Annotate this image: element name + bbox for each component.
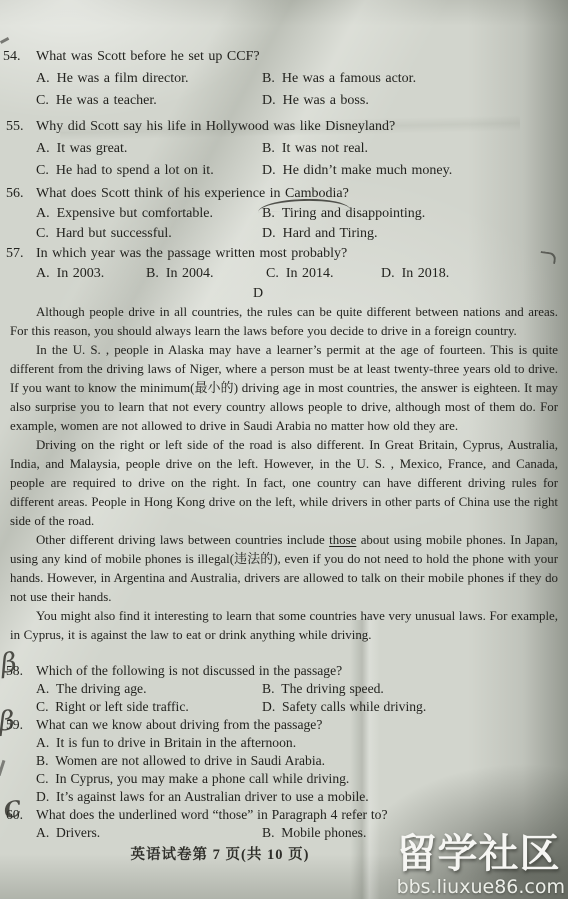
option-a: A. Drivers. — [36, 824, 262, 842]
option-b: B. In 2004. — [146, 264, 266, 284]
question-number: 57. — [6, 244, 24, 264]
option-b: B. Women are not allowed to drive in Sau… — [36, 752, 558, 770]
question-54: 54. What was Scott before he set up CCF?… — [10, 46, 558, 112]
option-a: A. It was great. — [36, 138, 262, 160]
pencil-stroke-left-edge — [0, 760, 5, 776]
question-number: 55. — [6, 116, 24, 138]
options: A. He was a film director. B. He was a f… — [10, 68, 558, 112]
option-c: C. In Cyprus, you may make a phone call … — [36, 770, 558, 788]
watermark-url: bbs.liuxue86.com — [397, 876, 565, 899]
reading-passage-d: D Although people drive in all countries… — [10, 284, 558, 645]
questions-54-57: 54. What was Scott before he set up CCF?… — [10, 46, 558, 284]
options: A. It was great. B. It was not real. C. … — [10, 138, 558, 182]
page-footer: 英语试卷第 7 页(共 10 页) — [0, 843, 440, 864]
passage-paragraph-2: In the U. S. , people in Alaska may have… — [10, 341, 558, 436]
option-a: A. The driving age. — [36, 680, 262, 698]
passage-section-label: D — [0, 284, 532, 303]
option-b: B. He was a famous actor. — [262, 68, 558, 90]
option-d: D. Hard and Tiring. — [262, 224, 558, 244]
question-text: Why did Scott say his life in Hollywood … — [10, 116, 558, 138]
question-text: Which of the following is not discussed … — [10, 662, 558, 680]
option-d: D. He was a boss. — [262, 90, 558, 112]
option-c: C. Right or left side traffic. — [36, 698, 262, 716]
option-a: A. In 2003. — [36, 264, 146, 284]
option-b: B. The driving speed. — [262, 680, 558, 698]
options: A. In 2003. B. In 2004. C. In 2014. D. I… — [10, 264, 558, 284]
question-58: 58. Which of the following is not discus… — [10, 662, 558, 716]
question-57: 57. In which year was the passage writte… — [10, 244, 558, 284]
passage-paragraph-3: Driving on the right or left side of the… — [10, 436, 558, 531]
pencil-letter-q59: β — [0, 705, 16, 737]
option-d: D. In 2018. — [381, 264, 558, 284]
pencil-stroke-top-left — [0, 37, 9, 43]
question-text: What was Scott before he set up CCF? — [10, 46, 558, 68]
option-a: A. It is fun to drive in Britain in the … — [36, 734, 558, 752]
question-text: What does the underlined word “those” in… — [10, 806, 558, 824]
question-text: What can we know about driving from the … — [10, 716, 558, 734]
passage-paragraph-5: You might also find it interesting to le… — [10, 607, 558, 645]
passage-paragraph-1: Although people drive in all countries, … — [10, 303, 558, 341]
question-56: 56. What does Scott think of his experie… — [10, 184, 558, 244]
question-text: In which year was the passage written mo… — [10, 244, 558, 264]
option-b: B. It was not real. — [262, 138, 558, 160]
options: A. The driving age. B. The driving speed… — [10, 680, 558, 716]
option-c: C. He was a teacher. — [36, 90, 262, 112]
exam-paper-page: 54. What was Scott before he set up CCF?… — [0, 0, 568, 899]
question-59: 59. What can we know about driving from … — [10, 716, 558, 806]
underlined-word-those: those — [329, 533, 356, 547]
option-d: D. He didn’t make much money. — [262, 160, 558, 182]
watermark-logo-text: 留学社区 — [397, 832, 565, 876]
passage-text-segment: Other different driving laws between cou… — [36, 533, 329, 547]
question-number: 56. — [6, 184, 24, 204]
option-d: D. Safety calls while driving. — [262, 698, 558, 716]
option-c: C. He had to spend a lot on it. — [36, 160, 262, 182]
options: A. It is fun to drive in Britain in the … — [10, 734, 558, 806]
questions-58-60: 58. Which of the following is not discus… — [10, 662, 558, 842]
option-a: A. He was a film director. — [36, 68, 262, 90]
option-c: C. In 2014. — [266, 264, 381, 284]
option-d: D. It’s against laws for an Australian d… — [36, 788, 558, 806]
option-c: C. Hard but successful. — [36, 224, 262, 244]
option-a: A. Expensive but comfortable. — [36, 204, 262, 224]
question-55: 55. Why did Scott say his life in Hollyw… — [10, 116, 558, 182]
pencil-letter-q60: C — [2, 796, 24, 825]
watermark: 留学社区 bbs.liuxue86.com — [397, 832, 565, 899]
pencil-letter-q58: β — [0, 647, 18, 679]
passage-paragraph-4: Other different driving laws between cou… — [10, 531, 558, 607]
question-number: 54. — [3, 46, 21, 68]
